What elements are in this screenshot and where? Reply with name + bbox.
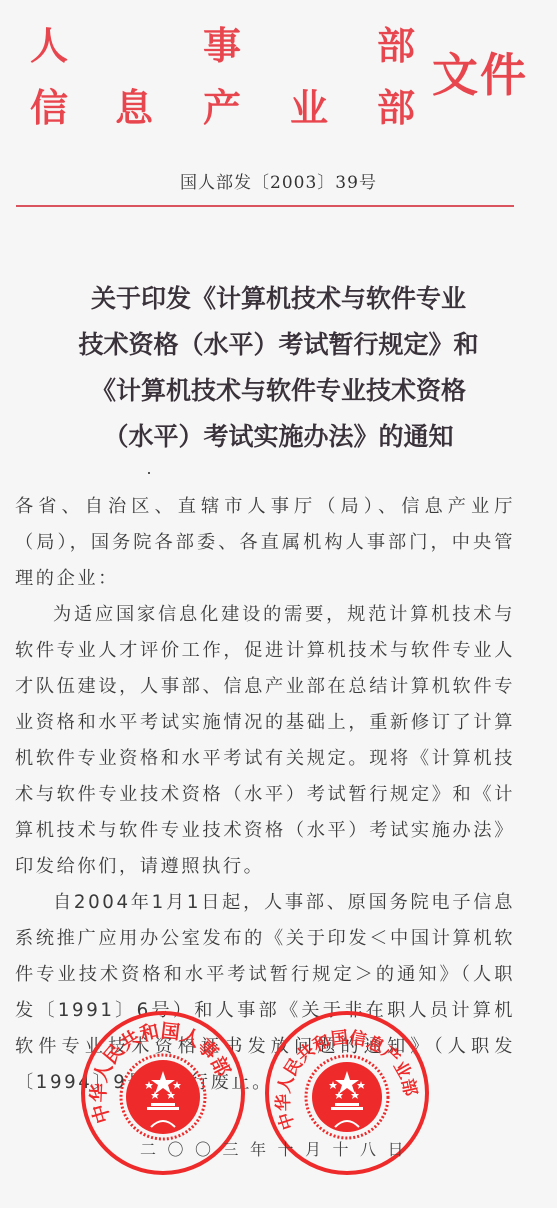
body-paragraph: 为适应国家信息化建设的需要，规范计算机技术与软件专业人才评价工作，促进计算机技术… [15,597,515,885]
document-title: 关于印发《计算机技术与软件专业 技术资格（水平）考试暂行规定》和 《计算机技术与… [0,276,557,460]
document-number: 国人部发〔2003〕39号 [0,168,557,193]
title-line: 关于印发《计算机技术与软件专业 [0,276,557,322]
header-char: 息 [115,88,153,128]
issue-date: 二〇〇三年十月十八日 [140,1137,410,1160]
header-char: 部 [377,26,415,66]
title-line: 技术资格（水平）考试暂行规定》和 [0,322,557,368]
addressee: 各省、自治区、直辖市人事厅（局）、信息产业厅（局），国务院各部委、各直属机构人事… [15,489,515,597]
header-char: 信 [30,88,68,128]
scan-speck [148,472,150,474]
title-line: （水平）考试实施办法》的通知 [0,414,557,460]
header-char: 事 [203,26,241,66]
title-line: 《计算机技术与软件专业技术资格 [0,368,557,414]
header-char: 产 [203,88,241,128]
header-char: 人 [30,26,68,66]
header-document-label: 文件 [432,48,528,102]
red-divider [16,205,514,207]
document-body: 各省、自治区、直辖市人事厅（局）、信息产业厅（局），国务院各部委、各直属机构人事… [15,489,515,1101]
header-char: 部 [377,88,415,128]
header-char: 业 [290,88,328,128]
